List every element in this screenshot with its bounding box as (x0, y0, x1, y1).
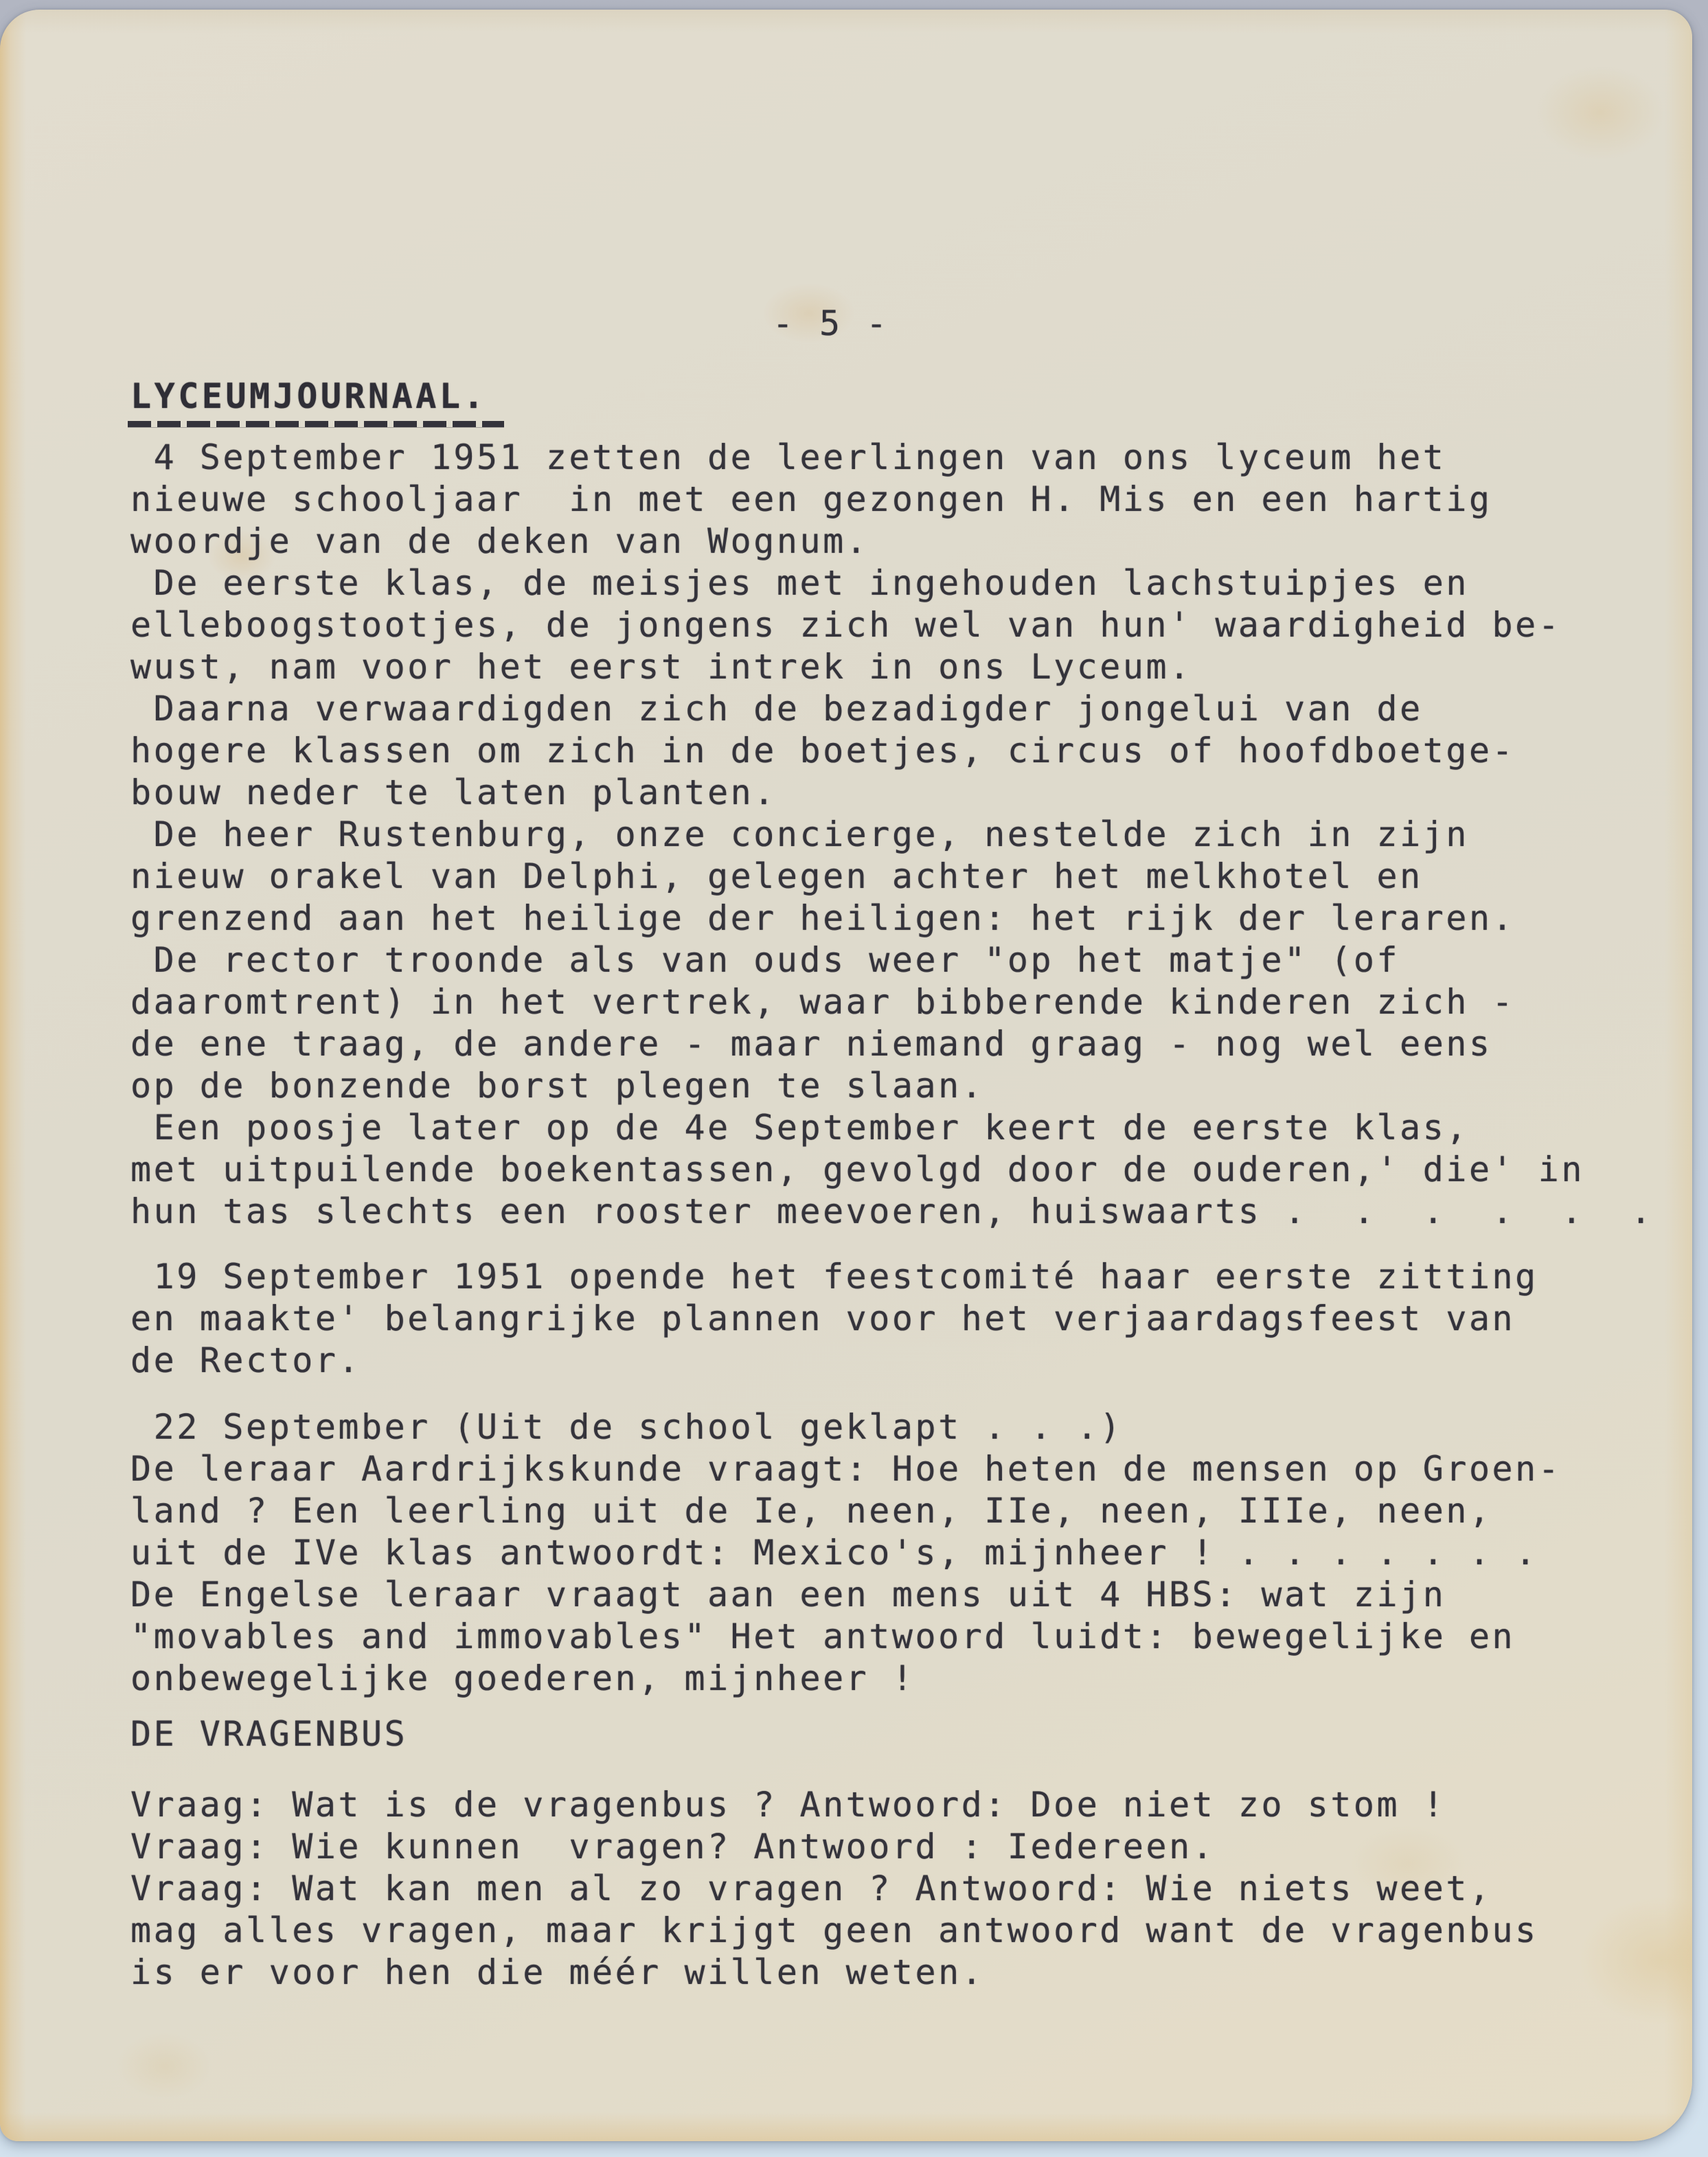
title-underline (128, 421, 504, 427)
text-line: uit de IVe klas antwoordt: Mexico's, mij… (130, 1532, 1628, 1574)
document-body: 4 September 1951 zetten de leerlingen va… (130, 437, 1628, 1994)
text-line: Vraag: Wie kunnen vragen? Antwoord : Ied… (130, 1826, 1628, 1868)
text-line: De leraar Aardrijkskunde vraagt: Hoe het… (130, 1448, 1628, 1490)
journal-entry-19-september: 19 September 1951 opende het feestcomité… (130, 1256, 1628, 1382)
text-line: De rector troonde als van ouds weer "op … (130, 939, 1628, 981)
text-line: de ene traag, de andere - maar niemand g… (130, 1023, 1628, 1065)
text-line: met uitpuilende boekentassen, gevolgd do… (130, 1149, 1628, 1191)
text-line: de Rector. (130, 1340, 1628, 1382)
text-line: hogere klassen om zich in de boetjes, ci… (130, 730, 1628, 772)
text-line: Vraag: Wat kan men al zo vragen ? Antwoo… (130, 1868, 1628, 1910)
text-line: Daarna verwaardigden zich de bezadigder … (130, 688, 1628, 730)
text-line: op de bonzende borst plegen te slaan. (130, 1065, 1628, 1107)
text-line: is er voor hen die méér willen weten. (130, 1952, 1628, 1994)
text-line: 22 September (Uit de school geklapt . . … (130, 1406, 1628, 1448)
text-line: land ? Een leerling uit de Ie, neen, IIe… (130, 1490, 1628, 1532)
text-line: nieuw orakel van Delphi, gelegen achter … (130, 856, 1628, 898)
text-line: onbewegelijke goederen, mijnheer ! (130, 1658, 1628, 1700)
text-line: De Engelse leraar vraagt aan een mens ui… (130, 1574, 1628, 1616)
page-title: LYCEUMJOURNAAL. (130, 376, 487, 416)
journal-entry-4-september: 4 September 1951 zetten de leerlingen va… (130, 437, 1628, 1233)
text-line: grenzend aan het heilige der heiligen: h… (130, 898, 1628, 939)
text-line: wust, nam voor het eerst intrek in ons L… (130, 646, 1628, 688)
section-heading: DE VRAGENBUS (130, 1713, 1628, 1755)
text-line: en maakte' belangrijke plannen voor het … (130, 1298, 1628, 1340)
text-line: Een poosje later op de 4e September keer… (130, 1107, 1628, 1149)
text-line: "movables and immovables" Het antwoord l… (130, 1616, 1628, 1658)
text-line: 19 September 1951 opende het feestcomité… (130, 1256, 1628, 1298)
text-line: elleboogstootjes, de jongens zich wel va… (130, 604, 1628, 646)
text-line: hun tas slechts een rooster meevoeren, h… (130, 1191, 1628, 1233)
text-line: nieuwe schooljaar in met een gezongen H.… (130, 479, 1628, 521)
page-number: - 5 - (0, 304, 1662, 343)
vragenbus-section: Vraag: Wat is de vragenbus ? Antwoord: D… (130, 1784, 1628, 1994)
text-line: bouw neder te laten planten. (130, 772, 1628, 814)
text-line: 4 September 1951 zetten de leerlingen va… (130, 437, 1628, 479)
text-line: daaromtrent) in het vertrek, waar bibber… (130, 981, 1628, 1023)
text-line: Vraag: Wat is de vragenbus ? Antwoord: D… (130, 1784, 1628, 1826)
text-line: woordje van de deken van Wognum. (130, 521, 1628, 562)
text-line: De eerste klas, de meisjes met ingehoude… (130, 562, 1628, 604)
document-page: - 5 - LYCEUMJOURNAAL. 4 September 1951 z… (0, 10, 1692, 2141)
text-line: mag alles vragen, maar krijgt geen antwo… (130, 1910, 1628, 1952)
journal-entry-22-september: 22 September (Uit de school geklapt . . … (130, 1406, 1628, 1700)
text-line: De heer Rustenburg, onze concierge, nest… (130, 814, 1628, 856)
